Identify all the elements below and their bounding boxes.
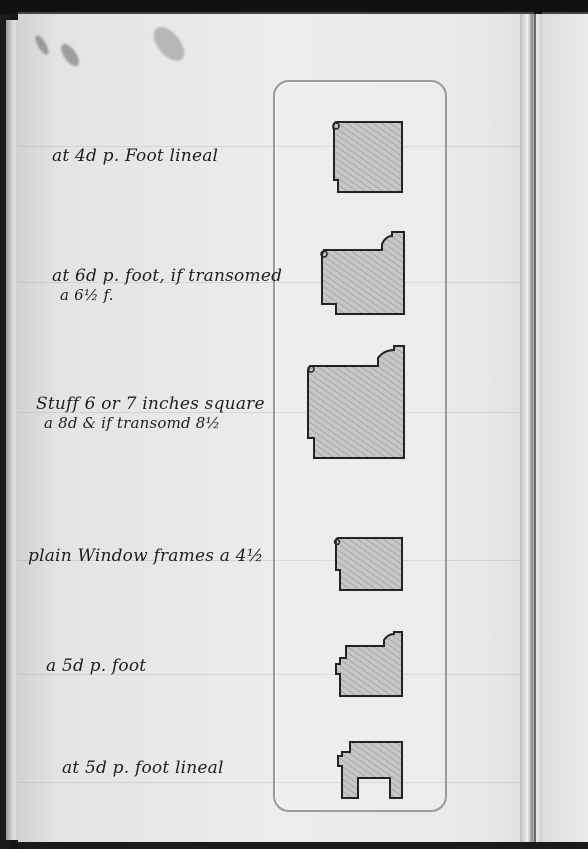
entry-subtext: a 6½ f. <box>52 286 282 304</box>
entry-text: at 4d p. Foot lineal <box>52 146 218 166</box>
entry-text: plain Window frames a 4½ <box>28 546 263 566</box>
entry-text: at 5d p. foot lineal <box>62 758 224 778</box>
binding-crease <box>534 14 536 849</box>
facing-page-edge <box>542 12 588 849</box>
profile-plain-window-frame-icon <box>332 534 406 594</box>
price-entry-6: at 5d p. foot lineal <box>62 758 224 778</box>
book-gutter <box>520 14 542 849</box>
profile-square-moulded-icon <box>330 118 406 196</box>
entry-text: Stuff 6 or 7 inches square <box>36 394 265 414</box>
entry-text: at 6d p. foot, if transomed <box>52 266 282 286</box>
bottom-shadow <box>18 842 588 849</box>
manuscript-spread: at 4d p. Foot lineal at 6d p. foot, if t… <box>0 0 588 849</box>
price-entry-3: Stuff 6 or 7 inches square a 8d & if tra… <box>36 394 265 432</box>
profile-rebated-lineal-icon <box>336 738 406 800</box>
ink-stain <box>58 41 83 69</box>
profile-large-stuff-icon <box>302 344 408 462</box>
price-entry-4: plain Window frames a 4½ <box>28 546 263 566</box>
entry-subtext: a 8d & if transomd 8½ <box>36 414 265 432</box>
profile-stepped-icon <box>332 630 406 700</box>
ink-stain <box>33 33 51 56</box>
water-stain <box>148 22 191 67</box>
price-entry-1: at 4d p. Foot lineal <box>52 146 218 166</box>
price-entry-5: a 5d p. foot <box>46 656 146 676</box>
entry-text: a 5d p. foot <box>46 656 146 676</box>
price-entry-2: at 6d p. foot, if transomed a 6½ f. <box>52 266 282 304</box>
profile-transomed-wide-icon <box>318 228 408 318</box>
